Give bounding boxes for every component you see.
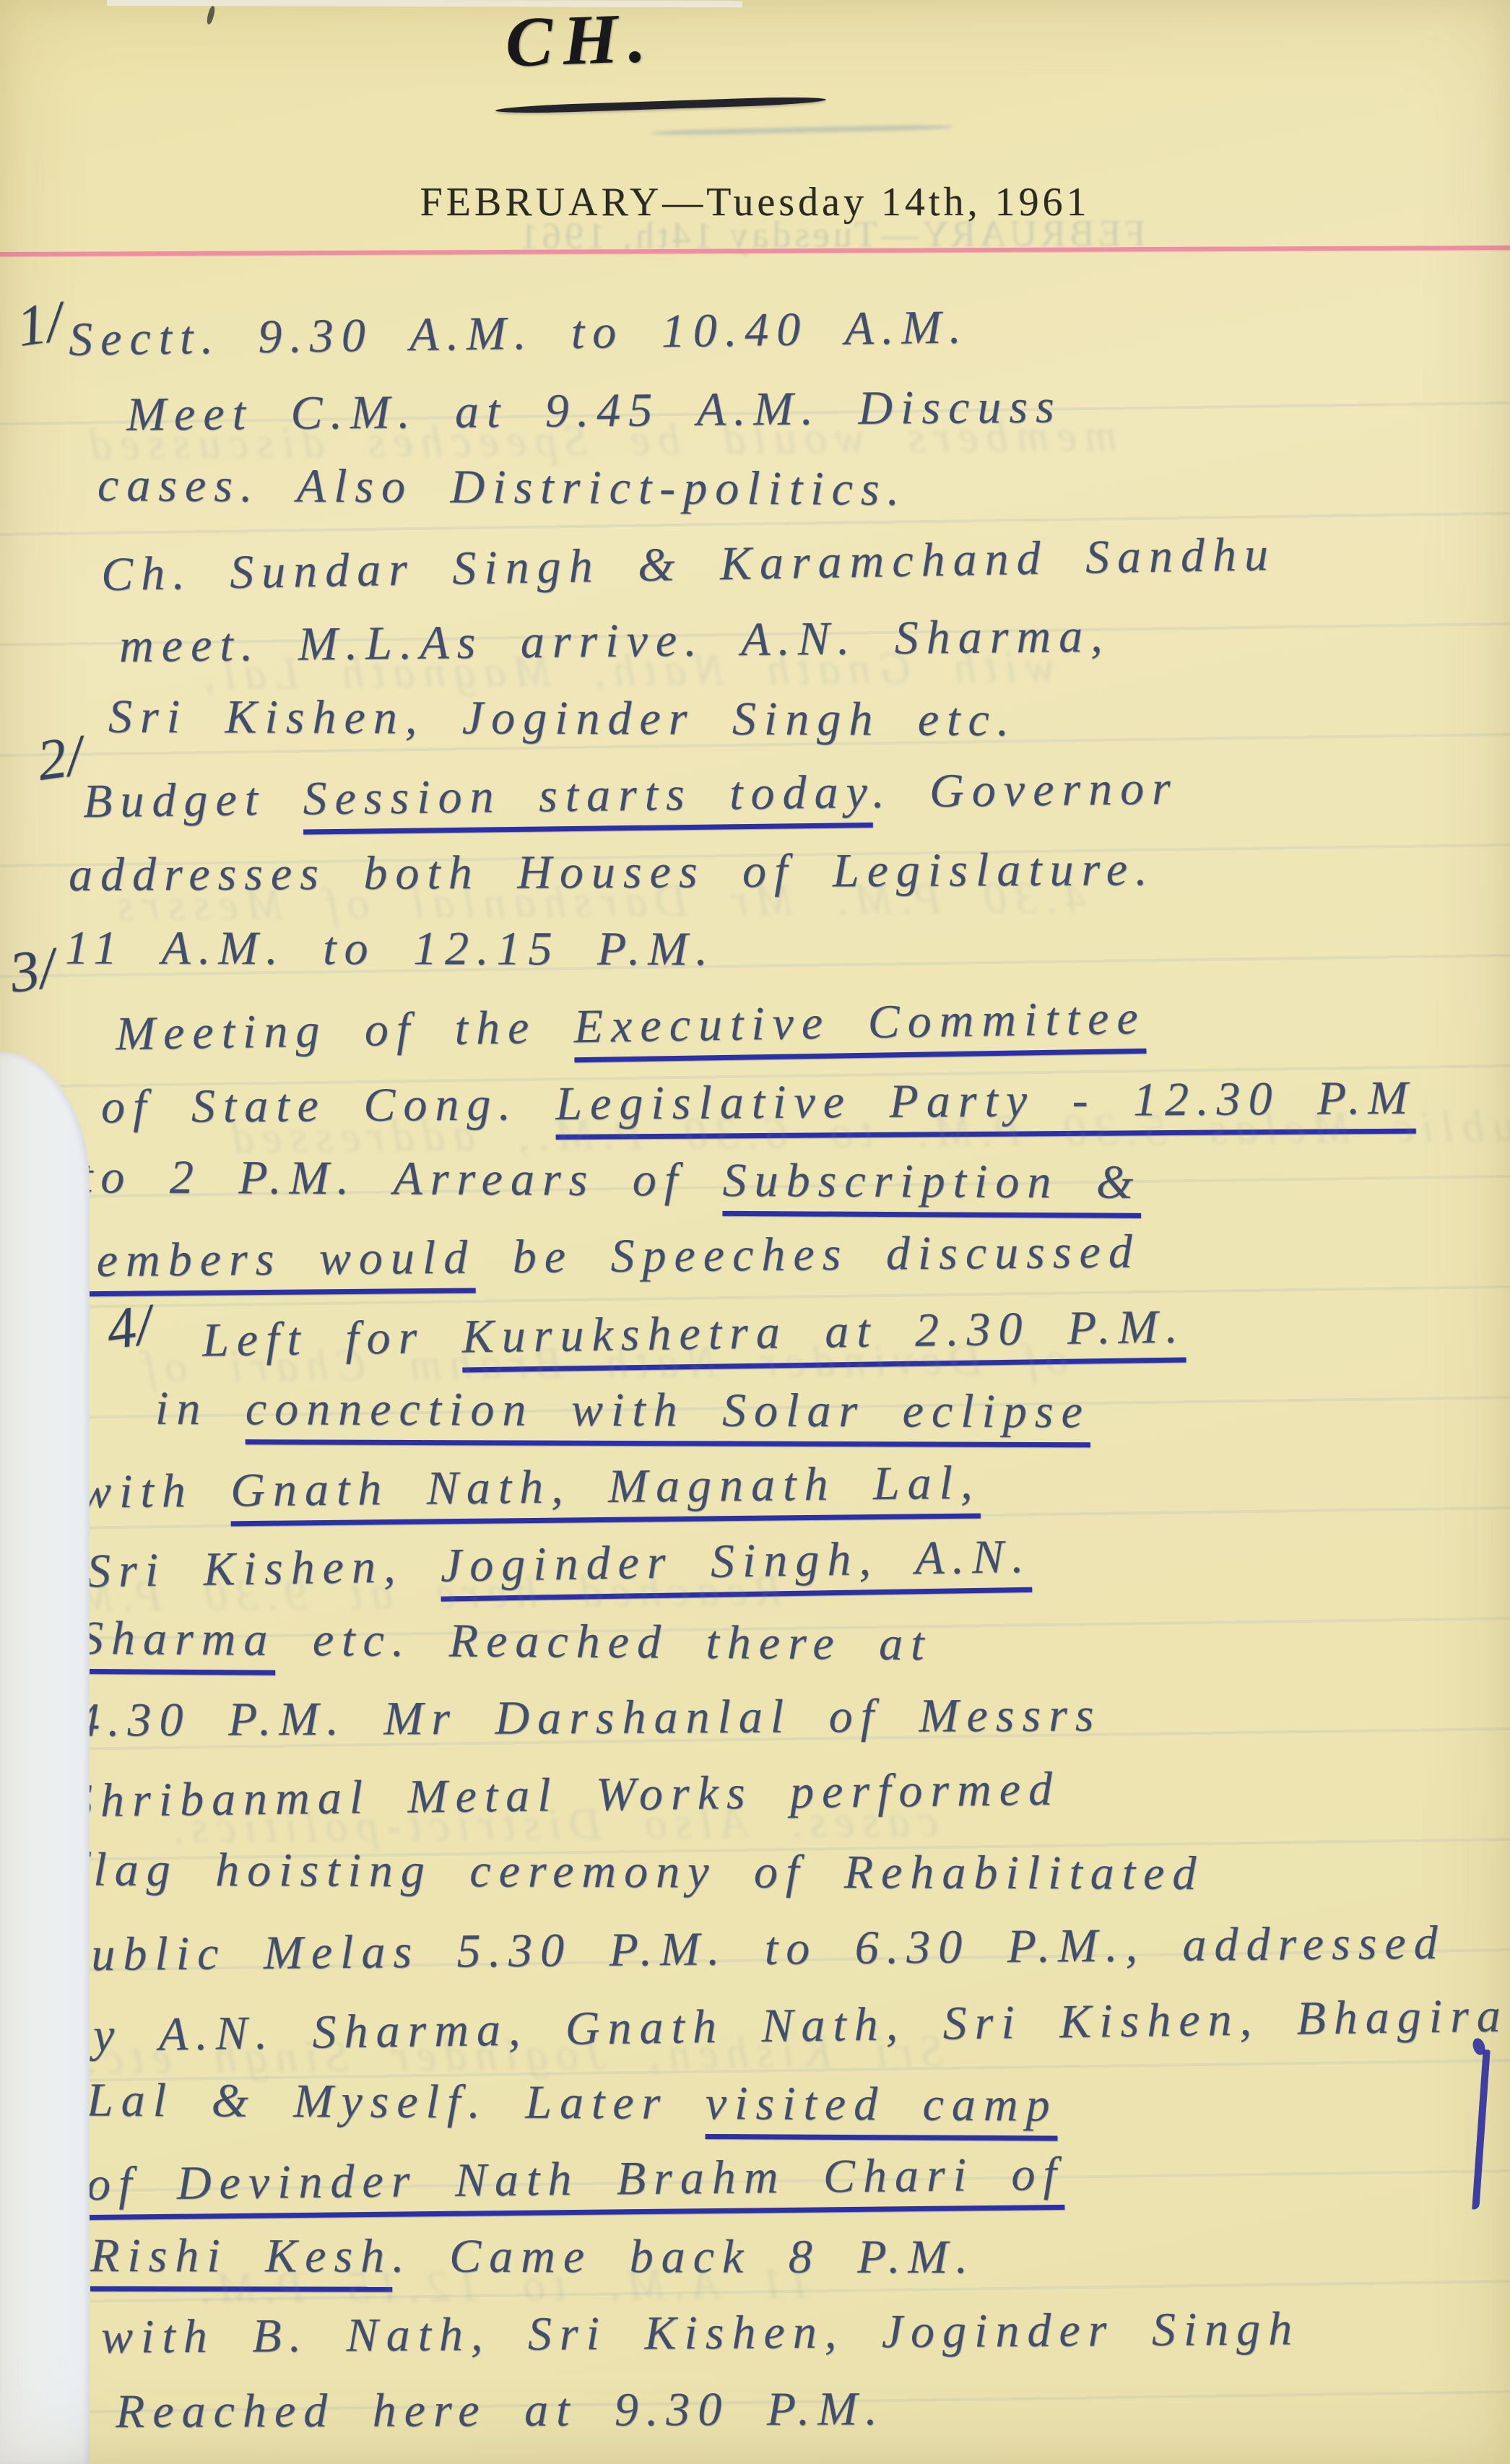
diary-line: flag hoisting ceremony of Rehabilitated	[72, 1842, 1205, 1901]
phrase: Meet C.M. at 9.45 A.M. Discuss	[126, 380, 1062, 441]
diary-line: Sri Kishen, Joginder Singh, A.N.	[86, 1530, 1031, 1600]
diary-line: Left for Kurukshetra at 2.30 P.M.	[202, 1299, 1186, 1368]
diary-line: cases. Also District-politics.	[97, 458, 907, 517]
underlined-phrase: Legislative Party - 12.30 P.M	[555, 1072, 1415, 1130]
diary-line: members would be Speeches discussed	[54, 1224, 1140, 1288]
underlined-phrase: members would	[54, 1231, 476, 1287]
phrase: 11 A.M. to 12.15 P.M.	[65, 921, 716, 976]
diary-line: by A.N. Sharma, Gnath Nath, Sri Kishen, …	[61, 1988, 1510, 2064]
diary-line: with Gnath Nath, Magnath Lal,	[79, 1455, 981, 1519]
phrase: Ch. Sundar Singh & Karamchand Sandhu	[100, 527, 1276, 600]
underlined-phrase: visited camp	[706, 2076, 1058, 2131]
diary-line: Sectt. 9.30 A.M. to 10.40 A.M.	[69, 300, 970, 367]
diary-line: Ch. Sundar Singh & Karamchand Sandhu	[100, 526, 1276, 602]
underlined-phrase: Sharma	[79, 1611, 276, 1665]
phrase: to 2 P.M. Arrears of	[79, 1150, 723, 1207]
entry-number: 3/	[6, 935, 59, 1007]
underlined-phrase: connection with Solar eclipse	[246, 1382, 1090, 1438]
ink-speck	[206, 5, 216, 25]
title-underline-ghost	[650, 124, 953, 136]
diary-line: Rishi Kesh. Came back 8 P.M.	[90, 2228, 976, 2284]
diary-line: of Devinder Nath Brahm Chari of	[87, 2147, 1065, 2212]
entry-number: 2/	[33, 723, 87, 794]
diary-line: Shribanmal Metal Works performed	[69, 1761, 1061, 1829]
phrase: of State Cong.	[101, 1077, 556, 1133]
diary-page: FEBRUARY—Tuesday 14th, 1961 CH. FEBRUARY…	[0, 0, 1510, 2464]
underlined-phrase: Subscription &	[722, 1153, 1141, 1208]
diary-line: meet. M.L.As arrive. A.N. Sharma,	[119, 609, 1111, 674]
phrase: flag hoisting ceremony of Rehabilitated	[72, 1843, 1205, 1899]
phrase: addresses both Houses of Legislature.	[69, 843, 1155, 901]
diary-line: Reached here at 9.30 P.M.	[116, 2382, 885, 2439]
phrase: Left for	[202, 1310, 463, 1366]
title-underline-stroke	[495, 95, 826, 114]
diary-line: 4.30 P.M. Mr Darshanlal of Messrs	[76, 1688, 1102, 1748]
phrase: Sectt. 9.30 A.M. to 10.40 A.M.	[69, 300, 970, 365]
diary-line: addresses both Houses of Legislature.	[69, 842, 1155, 903]
diary-line: Lal & Myself. Later visited camp	[87, 2073, 1058, 2133]
phrase: with B. Nath, Sri Kishen, Joginder Singh	[101, 2302, 1301, 2364]
phrase: Sri Kishen,	[86, 1540, 441, 1598]
diary-line: Public Melas 5.30 P.M. to 6.30 P.M., add…	[54, 1915, 1446, 1982]
phrase: be Speeches discussed	[475, 1225, 1140, 1283]
underlined-phrase: Kurukshetra at 2.30 P.M.	[461, 1300, 1186, 1363]
diary-line: 11 A.M. to 12.15 P.M.	[65, 921, 716, 977]
header-rule	[0, 246, 1510, 256]
diary-line: Budget Session starts today. Governor	[83, 761, 1179, 830]
diary-line: to 2 P.M. Arrears of Subscription &	[79, 1150, 1142, 1210]
ink-squiggle-mark	[1472, 2049, 1490, 2210]
printed-date-header: FEBRUARY—Tuesday 14th, 1961	[0, 179, 1510, 225]
phrase: Budget	[83, 773, 303, 828]
diary-line: in connection with Solar eclipse	[155, 1381, 1090, 1440]
phrase: Meeting of the	[116, 1000, 575, 1060]
phrase: cases. Also District-politics.	[97, 459, 907, 516]
phrase: Lal & Myself. Later	[87, 2073, 706, 2129]
underlined-phrase: Gnath Nath, Magnath Lal,	[230, 1456, 981, 1517]
diary-line: Sri Kishen, Joginder Singh etc.	[108, 689, 1017, 747]
diary-line: with B. Nath, Sri Kishen, Joginder Singh	[101, 2302, 1301, 2365]
diary-line: Meet C.M. at 9.45 A.M. Discuss	[126, 379, 1062, 442]
phrase: Shribanmal Metal Works performed	[69, 1762, 1061, 1827]
diary-line: Meeting of the Executive Committee	[115, 990, 1146, 1061]
backing-page-edge	[0, 1051, 90, 2464]
phrase: etc. Reached there at	[275, 1613, 932, 1670]
phrase: 4.30 P.M. Mr Darshanlal of Messrs	[76, 1688, 1102, 1746]
phrase: meet. M.L.As arrive. A.N. Sharma,	[119, 610, 1111, 672]
phrase: with	[79, 1464, 231, 1518]
phrase: Reached here at 9.30 P.M.	[116, 2382, 885, 2438]
diary-line: Sharma etc. Reached there at	[79, 1610, 932, 1671]
phrase: Sri Kishen, Joginder Singh etc.	[108, 690, 1017, 745]
underlined-phrase: Rishi Kesh	[90, 2229, 392, 2282]
underlined-phrase: Joginder Singh, A.N.	[440, 1530, 1032, 1592]
underlined-phrase: Executive Committee	[573, 991, 1146, 1052]
handwritten-title: CH.	[504, 0, 657, 84]
underlined-phrase: of Devinder Nath Brahm Chari of	[87, 2148, 1065, 2211]
entry-number: 1/	[13, 289, 66, 360]
phrase: . Came back 8 P.M.	[392, 2229, 976, 2283]
phrase: . Governor	[872, 762, 1179, 818]
entry-number: 4/	[103, 1292, 156, 1363]
diary-line: of State Cong. Legislative Party - 12.30…	[101, 1071, 1416, 1135]
phrase: in	[155, 1382, 246, 1435]
phrase: Public Melas 5.30 P.M. to 6.30 P.M., add…	[54, 1916, 1446, 1981]
phrase: by A.N. Sharma, Gnath Nath, Sri Kishen, …	[61, 1989, 1510, 2062]
underlined-phrase: Session starts today	[303, 765, 873, 825]
